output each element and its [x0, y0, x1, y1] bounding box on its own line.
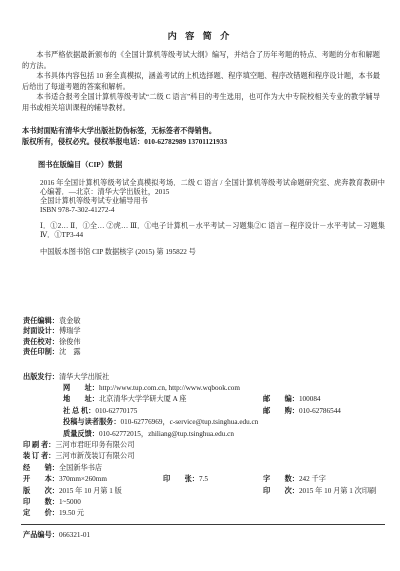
proofreader-name: 徐俊伟	[59, 338, 81, 346]
cip-series-note: 全国计算机等级考试专业辅导用书	[40, 197, 385, 206]
switchboard-number: 010-62770175	[95, 407, 137, 415]
price-row: 定 价：19.50 元	[23, 508, 400, 519]
distributor-label: 经 销：	[23, 464, 59, 472]
distributor-row: 经 销：全国新华书店	[23, 463, 400, 474]
postcode-value: 100084	[299, 395, 321, 403]
proofreader-row: 责任校对：徐俊伟	[23, 337, 400, 348]
postcode-label: 邮 编：	[263, 395, 299, 403]
notice-line: 本书封面贴有清华大学出版社防伪标签，无标签者不得销售。	[22, 126, 380, 138]
intro-paragraph: 本书适合报考全国计算机等级考试“二级 C 语言”科目的考生选用，也可作为大中专院…	[22, 92, 380, 113]
cover-designer-name: 傅瑞学	[59, 327, 81, 335]
cip-entry: 2016 年全国计算机等级考试全真模拟考场．二级 C 语言 / 全国计算机等级考…	[40, 179, 385, 197]
editor-row: 责任编辑：袁金敏	[23, 316, 400, 327]
address-value: 北京清华大学学研大厦 A 座	[99, 395, 186, 403]
cip-entry-block: 2016 年全国计算机等级考试全真模拟考场．二级 C 语言 / 全国计算机等级考…	[40, 179, 385, 215]
cover-designer-row: 封面设计：傅瑞学	[23, 326, 400, 337]
publisher-row: 出版发行：清华大学出版社	[23, 372, 400, 383]
product-code-row: 产品编号：066321-01	[23, 530, 400, 540]
print-supervisor-row: 责任印制：沈 露	[23, 347, 400, 358]
website-urls: http://www.tup.com.cn, http://www.wqbook…	[99, 384, 240, 392]
website-label: 网 址：	[63, 384, 99, 392]
switchboard-row: 社 总 机：010-62770175邮 购：010-62786544	[23, 406, 400, 417]
edition-value: 2015 年 10 月第 1 版	[59, 487, 122, 495]
price-value: 19.50 元	[59, 509, 84, 517]
quality-feedback-row: 质量反馈：010-62772015，zhiliang@tup.tsinghua.…	[23, 429, 400, 440]
impression-value: 2015 年 10 月第 1 次印刷	[299, 487, 376, 495]
print-run-label: 印 数：	[23, 498, 59, 506]
sheets-label: 印 张：	[163, 475, 199, 483]
quality-feedback-label: 质量反馈：	[63, 430, 99, 438]
intro-paragraph: 本书严格依据最新颁布的《全国计算机等级考试大纲》编写，并结合了历年考题的特点、考…	[22, 50, 380, 71]
address-row: 地 址：北京清华大学学研大厦 A 座邮 编：100084	[23, 394, 400, 405]
book-copyright-page: 内 容 简 介 本书严格依据最新颁布的《全国计算机等级考试大纲》编写，并结合了历…	[0, 0, 400, 571]
format-value: 370mm×260mm	[59, 475, 107, 483]
cip-heading: 图书在版编目（CIP）数据	[38, 160, 400, 170]
publisher-label: 出版发行：	[23, 373, 59, 381]
mail-order-label: 邮 购：	[263, 407, 299, 415]
print-supervisor-name: 沈 露	[59, 348, 81, 356]
binder-row: 装 订 者：三河市新茂装订有限公司	[23, 451, 400, 462]
impression-label: 印 次：	[263, 487, 299, 495]
divider-rule	[21, 524, 385, 525]
reader-service-label: 投稿与读者服务：	[63, 418, 121, 426]
notice-line: 版权所有，侵权必究。侵权举报电话：010-62782989 1370112193…	[22, 137, 380, 149]
edition-label: 版 次：	[23, 487, 59, 495]
word-count-label: 字 数：	[263, 475, 299, 483]
print-run-row: 印 数：1~5000	[23, 497, 400, 508]
publishing-info: 出版发行：清华大学出版社 网 址：http://www.tup.com.cn, …	[23, 372, 400, 520]
binder-name: 三河市新茂装订有限公司	[55, 452, 134, 460]
price-label: 定 价：	[23, 509, 59, 517]
anti-piracy-notice: 本书封面贴有清华大学出版社防伪标签，无标签者不得销售。 版权所有，侵权必究。侵权…	[22, 126, 380, 150]
website-row: 网 址：http://www.tup.com.cn, http://www.wq…	[23, 383, 400, 394]
cip-classification: Ⅰ．①2… Ⅱ．①全… ②虎… Ⅲ．①电子计算机－水平考试－习题集②C 语言－程…	[40, 222, 385, 241]
printer-row: 印 刷 者：三河市君旺印务有限公司	[23, 440, 400, 451]
cover-designer-label: 封面设计：	[23, 327, 59, 335]
staff-credits: 责任编辑：袁金敏 封面设计：傅瑞学 责任校对：徐俊伟 责任印制：沈 露	[23, 316, 400, 358]
address-label: 地 址：	[63, 395, 99, 403]
sheets-value: 7.5	[199, 475, 208, 483]
word-count-value: 242 千字	[299, 475, 326, 483]
publisher-name: 清华大学出版社	[59, 373, 109, 381]
reader-service-row: 投稿与读者服务：010-62776969，c-service@tup.tsing…	[23, 417, 400, 428]
edition-row: 版 次：2015 年 10 月第 1 版印 次：2015 年 10 月第 1 次…	[23, 486, 400, 497]
page-title: 内 容 简 介	[0, 30, 400, 42]
editor-name: 袁金敏	[59, 317, 81, 325]
product-code-label: 产品编号：	[23, 531, 59, 539]
distributor-name: 全国新华书店	[59, 464, 102, 472]
isbn: ISBN 978-7-302-41272-4	[40, 206, 385, 215]
cip-record-number: 中国版本图书馆 CIP 数据核字 (2015) 第 195822 号	[40, 248, 400, 257]
format-row: 开 本：370mm×260mm印 张：7.5字 数：242 千字	[23, 474, 400, 485]
printer-label: 印 刷 者：	[23, 441, 55, 449]
print-run-value: 1~5000	[59, 498, 81, 506]
binder-label: 装 订 者：	[23, 452, 55, 460]
reader-service-contact: 010-62776969，c-service@tup.tsinghua.edu.…	[121, 418, 259, 426]
intro-section: 本书严格依据最新颁布的《全国计算机等级考试大纲》编写，并结合了历年考题的特点、考…	[22, 50, 380, 114]
format-label: 开 本：	[23, 475, 59, 483]
mail-order-number: 010-62786544	[299, 407, 341, 415]
printer-name: 三河市君旺印务有限公司	[55, 441, 134, 449]
product-code-value: 066321-01	[59, 531, 90, 539]
switchboard-label: 社 总 机：	[63, 407, 95, 415]
print-supervisor-label: 责任印制：	[23, 348, 59, 356]
editor-label: 责任编辑：	[23, 317, 59, 325]
proofreader-label: 责任校对：	[23, 338, 59, 346]
quality-feedback-contact: 010-62772015，zhiliang@tup.tsinghua.edu.c…	[99, 430, 234, 438]
intro-paragraph: 本书具体内容包括 10 套全真模拟，涵盖考试的上机选择题、程序填空题、程序改错题…	[22, 71, 380, 92]
